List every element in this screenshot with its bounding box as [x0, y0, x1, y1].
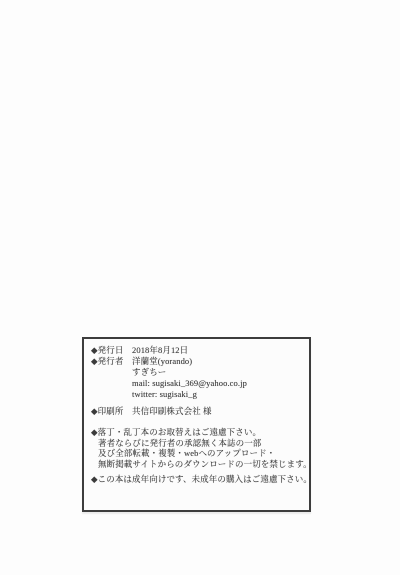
colophon-box: ◆発行日 2018年8月12日 ◆発行者 洋蘭堂(yorando) すぎちー m…: [82, 337, 311, 512]
reprint-prohibition-notice: ◆落丁・乱丁本のお取替えはご遠慮下さい。 著者ならびに発行者の承認無く本誌の一部…: [91, 427, 307, 469]
notice-line-1: ◆落丁・乱丁本のお取替えはご遠慮下さい。: [91, 427, 307, 438]
publish-date-label: ◆発行日: [91, 345, 132, 356]
scanned-page: ◆発行日 2018年8月12日 ◆発行者 洋蘭堂(yorando) すぎちー m…: [0, 0, 400, 575]
publisher-twitter: twitter: sugisaki_g: [132, 389, 307, 400]
publisher-author-name: すぎちー: [132, 367, 307, 378]
publisher-label: ◆発行者: [91, 356, 132, 400]
publisher-mail: mail: sugisaki_369@yahoo.co.jp: [132, 378, 307, 389]
notice-line-2: 著者ならびに発行者の承認無く本誌の一部: [91, 438, 307, 449]
publish-date-row: ◆発行日 2018年8月12日: [91, 345, 307, 356]
notice-line-4: 無断掲載サイトからのダウンロードの一切を禁じます。: [91, 459, 307, 470]
printer-label: ◆印刷所: [91, 406, 132, 417]
publisher-circle-name: 洋蘭堂(yorando): [132, 356, 307, 367]
publish-date-value: 2018年8月12日: [132, 345, 307, 356]
publisher-row: ◆発行者 洋蘭堂(yorando) すぎちー mail: sugisaki_36…: [91, 356, 307, 400]
adult-only-notice: ◆この本は成年向けです、未成年の購入はご遠慮下さい。: [91, 474, 307, 485]
publisher-details: 洋蘭堂(yorando) すぎちー mail: sugisaki_369@yah…: [132, 356, 307, 400]
printer-value: 共信印刷株式会社 様: [132, 406, 307, 417]
printer-row: ◆印刷所 共信印刷株式会社 様: [91, 406, 307, 417]
notice-line-3: 及び全部転載・複製・webへのアップロード・: [91, 448, 307, 459]
